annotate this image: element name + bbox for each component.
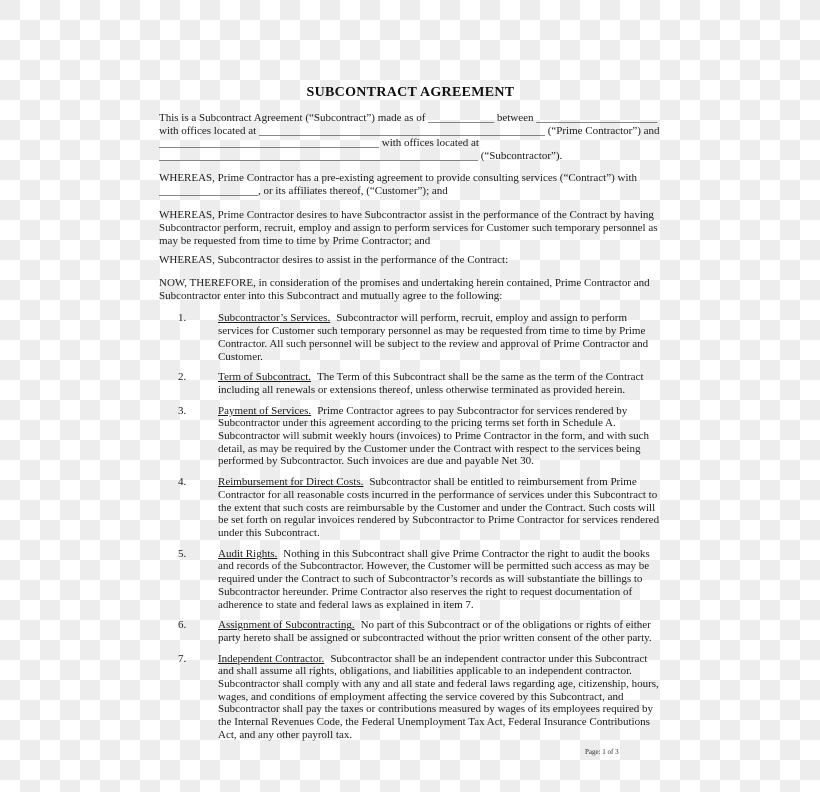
clause-body: Term of Subcontract.The Term of this Sub… bbox=[218, 371, 662, 396]
clause-text: Subcontractor shall be an independent co… bbox=[218, 653, 659, 741]
recital-whereas-3: WHEREAS, Subcontractor desires to assist… bbox=[159, 254, 662, 267]
clause-row-3: 3. Payment of Services.Prime Contractor … bbox=[159, 405, 662, 469]
clause-heading: Audit Rights. bbox=[218, 548, 277, 560]
clause-body: Audit Rights.Nothing in this Subcontract… bbox=[218, 548, 662, 612]
recital-whereas-1: WHEREAS, Prime Contractor has a pre-exis… bbox=[159, 172, 662, 197]
clause-body: Assignment of Subcontracting.No part of … bbox=[218, 619, 662, 644]
clause-heading: Reimbursement for Direct Costs. bbox=[218, 476, 363, 488]
document-title: SUBCONTRACT AGREEMENT bbox=[159, 84, 662, 101]
clause-row-2: 2. Term of Subcontract.The Term of this … bbox=[159, 371, 662, 396]
clause-list: 1. Subcontractor’s Services.Subcontracto… bbox=[159, 312, 662, 741]
clause-number: 6. bbox=[159, 619, 218, 632]
intro-line: with offices located at ________________… bbox=[159, 125, 662, 138]
clause-row-7: 7. Independent Contractor.Subcontractor … bbox=[159, 653, 662, 742]
clause-body: Payment of Services.Prime Contractor agr… bbox=[218, 405, 662, 469]
clause-body: Subcontractor’s Services.Subcontractor w… bbox=[218, 312, 662, 363]
clause-heading: Payment of Services. bbox=[218, 405, 311, 417]
clause-heading: Term of Subcontract. bbox=[218, 371, 311, 383]
recital-whereas-2: WHEREAS, Prime Contractor desires to hav… bbox=[159, 209, 662, 247]
clause-number: 2. bbox=[159, 371, 218, 384]
recital-line: WHEREAS, Prime Contractor has a pre-exis… bbox=[159, 172, 662, 185]
clause-heading: Subcontractor’s Services. bbox=[218, 312, 330, 324]
page-number-footer: Page: 1 of 3 bbox=[585, 748, 619, 757]
clause-number: 5. bbox=[159, 548, 218, 561]
clause-text: Nothing in this Subcontract shall give P… bbox=[218, 548, 650, 611]
recital-line: __________________, or its affiliates th… bbox=[159, 185, 662, 198]
intro-paragraph: This is a Subcontract Agreement (“Subcon… bbox=[159, 112, 662, 163]
clause-heading: Assignment of Subcontracting. bbox=[218, 619, 355, 631]
clause-body: Reimbursement for Direct Costs.Subcontra… bbox=[218, 476, 662, 540]
clause-row-4: 4. Reimbursement for Direct Costs.Subcon… bbox=[159, 476, 662, 540]
clause-number: 3. bbox=[159, 405, 218, 418]
clause-row-6: 6. Assignment of Subcontracting.No part … bbox=[159, 619, 662, 644]
intro-line: ________________________________________… bbox=[159, 150, 662, 163]
clause-body: Independent Contractor.Subcontractor sha… bbox=[218, 653, 662, 742]
recital-now-therefore: NOW, THEREFORE, in consideration of the … bbox=[159, 277, 662, 302]
clause-row-5: 5. Audit Rights.Nothing in this Subcontr… bbox=[159, 548, 662, 612]
transparency-checkerboard: SUBCONTRACT AGREEMENT This is a Subcontr… bbox=[0, 0, 820, 792]
clause-row-1: 1. Subcontractor’s Services.Subcontracto… bbox=[159, 312, 662, 363]
clause-number: 7. bbox=[159, 653, 218, 666]
clause-number: 4. bbox=[159, 476, 218, 489]
intro-line: ________________________________________… bbox=[159, 137, 662, 150]
subcontract-document-page: SUBCONTRACT AGREEMENT This is a Subcontr… bbox=[159, 84, 662, 742]
intro-line: This is a Subcontract Agreement (“Subcon… bbox=[159, 112, 662, 125]
clause-heading: Independent Contractor. bbox=[218, 653, 324, 665]
clause-number: 1. bbox=[159, 312, 218, 325]
